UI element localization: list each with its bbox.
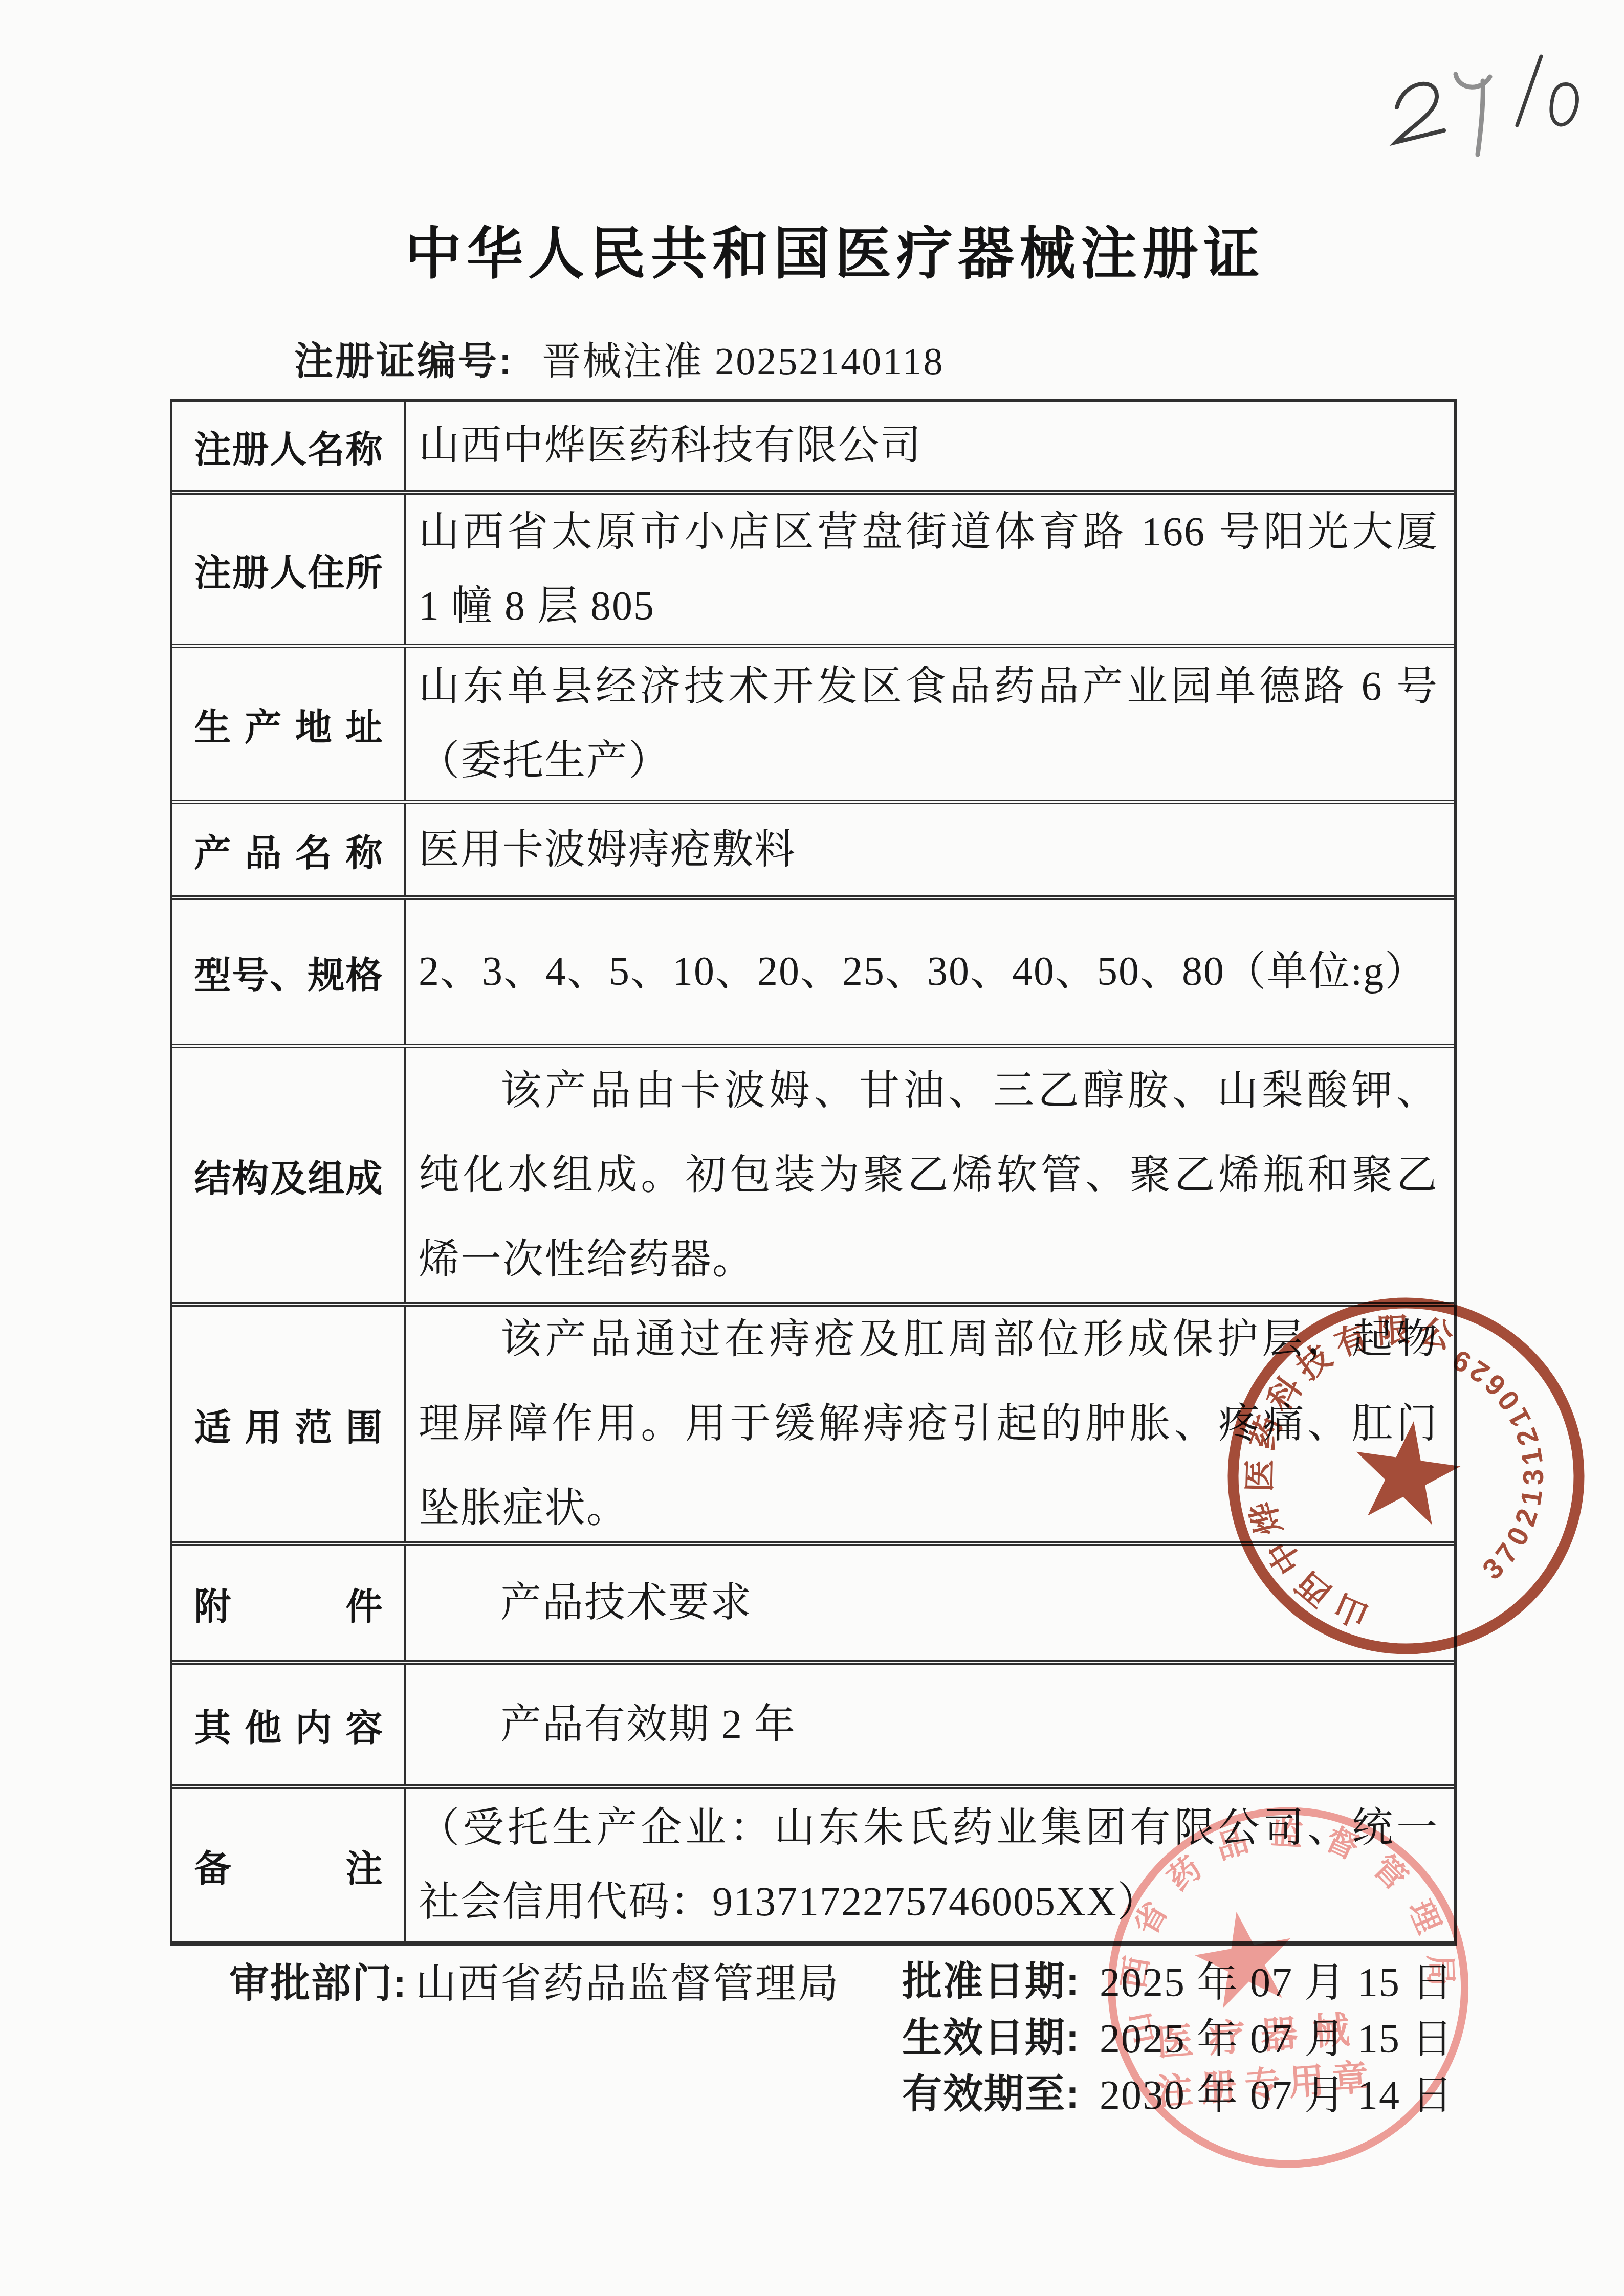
row-value-line: 该产品通过在痔疮及肛周部位形成保护层，起物 xyxy=(419,1297,1438,1382)
row-label: 生产地址 xyxy=(194,697,383,750)
dates-block: 批准日期: 2025 年 07 月 15 日 生效日期: 2025 年 07 月… xyxy=(902,1950,1454,2119)
row-value: 医用卡波姆痔疮敷料 xyxy=(419,813,1438,887)
document-title: 中华人民共和国医疗器械注册证 xyxy=(0,209,1624,290)
table-row-attachment: 附 件 产品技术要求 xyxy=(172,1541,1454,1660)
row-value-line: （受托生产企业：山东朱氏药业集团有限公司、统一 xyxy=(419,1791,1438,1865)
row-value-line: （委托生产） xyxy=(419,724,1438,798)
row-value-line: 烯一次性给药器。 xyxy=(419,1218,1438,1302)
approval-department-label: 审批部门: xyxy=(229,1961,407,2006)
row-label: 注册人名称 xyxy=(194,420,383,473)
effective-date-value: 2025 年 07 月 15 日 xyxy=(1100,2005,1454,2064)
row-value: 2、3、4、5、10、20、25、30、40、50、80（单位:g） xyxy=(419,935,1438,1009)
approval-date-line: 批准日期: 2025 年 07 月 15 日 xyxy=(902,1950,1454,2006)
row-value-line: 山东单县经济技术开发区食品药品产业园单德路 6 号 xyxy=(419,650,1438,724)
effective-date-label: 生效日期: xyxy=(902,2006,1080,2063)
row-value: 产品技术要求 xyxy=(419,1566,1438,1640)
table-row-product-name: 产品名称 医用卡波姆痔疮敷料 xyxy=(172,800,1454,895)
registration-number-value: 晋械注准 20252140118 xyxy=(542,340,944,383)
company-seal-serial-arc: 3702131210629 xyxy=(1442,1341,1549,1585)
row-value-line: 坠胀症状。 xyxy=(419,1466,1438,1551)
handwritten-stroke xyxy=(1396,84,1444,142)
row-label: 适用范围 xyxy=(194,1398,383,1451)
row-label: 其他内容 xyxy=(194,1698,383,1751)
table-row-other-content: 其他内容 产品有效期 2 年 xyxy=(172,1660,1454,1784)
table-row-registrant-name: 注册人名称 山西中烨医药科技有限公司 xyxy=(172,402,1454,490)
row-label: 结构及组成 xyxy=(194,1149,383,1202)
row-label: 产品名称 xyxy=(194,823,383,876)
row-label: 型号、规格 xyxy=(194,945,383,999)
row-label: 注册人住所 xyxy=(194,543,383,596)
expiry-date-value: 2030 年 07 月 14 日 xyxy=(1100,2062,1454,2121)
registration-number-label: 注册证编号: xyxy=(294,340,514,383)
row-value: 产品有效期 2 年 xyxy=(419,1688,1438,1762)
row-label: 备 注 xyxy=(194,1839,383,1892)
row-value-line: 纯化水组成。初包装为聚乙烯软管、聚乙烯瓶和聚乙 xyxy=(419,1133,1438,1218)
expiry-date-line: 有效期至: 2030 年 07 月 14 日 xyxy=(902,2063,1454,2119)
registration-number-line: 注册证编号:晋械注准 20252140118 xyxy=(294,330,945,386)
row-value-line: 社会信用代码：9137172275746005XX） xyxy=(419,1865,1438,1939)
table-row-model-spec: 型号、规格 2、3、4、5、10、20、25、30、40、50、80（单位:g） xyxy=(172,895,1454,1044)
row-label: 附 件 xyxy=(194,1577,383,1630)
table-row-production-address: 生产地址 山东单县经济技术开发区食品药品产业园单德路 6 号 （委托生产） xyxy=(172,644,1454,800)
effective-date-line: 生效日期: 2025 年 07 月 15 日 xyxy=(902,2006,1454,2063)
handwritten-stroke xyxy=(1456,74,1490,154)
certificate-table: 注册人名称 山西中烨医药科技有限公司 注册人住所 山西省太原市小店区营盘街道体育… xyxy=(170,399,1457,1946)
handwritten-note xyxy=(1361,26,1586,159)
row-value-line: 1 幢 8 层 805 xyxy=(419,569,1438,644)
approval-department-line: 审批部门:山西省药品监督管理局 xyxy=(229,1950,840,2009)
row-value-line: 该产品由卡波姆、甘油、三乙醇胺、山梨酸钾、 xyxy=(419,1049,1438,1133)
row-value: 山西中烨医药科技有限公司 xyxy=(419,409,1438,483)
handwritten-stroke xyxy=(1551,84,1577,125)
expiry-date-label: 有效期至: xyxy=(902,2062,1080,2120)
table-row-remarks: 备 注 （受托生产企业：山东朱氏药业集团有限公司、统一 社会信用代码：91371… xyxy=(172,1784,1454,1941)
row-value-line: 理屏障作用。用于缓解痔疮引起的肿胀、疼痛、肛门 xyxy=(419,1382,1438,1466)
handwritten-stroke xyxy=(1517,56,1541,125)
table-row-intended-use: 适用范围 该产品通过在痔疮及肛周部位形成保护层，起物 理屏障作用。用于缓解痔疮引… xyxy=(172,1302,1454,1541)
table-row-structure-composition: 结构及组成 该产品由卡波姆、甘油、三乙醇胺、山梨酸钾、 纯化水组成。初包装为聚乙… xyxy=(172,1044,1454,1302)
row-value-line: 山西省太原市小店区营盘街道体育路 166 号阳光大厦 xyxy=(419,495,1438,569)
approval-date-value: 2025 年 07 月 15 日 xyxy=(1100,1949,1454,2008)
table-row-registrant-address: 注册人住所 山西省太原市小店区营盘街道体育路 166 号阳光大厦 1 幢 8 层… xyxy=(172,490,1454,644)
approval-date-label: 批准日期: xyxy=(902,1950,1080,2007)
approval-department-value: 山西省药品监督管理局 xyxy=(415,1961,840,2006)
